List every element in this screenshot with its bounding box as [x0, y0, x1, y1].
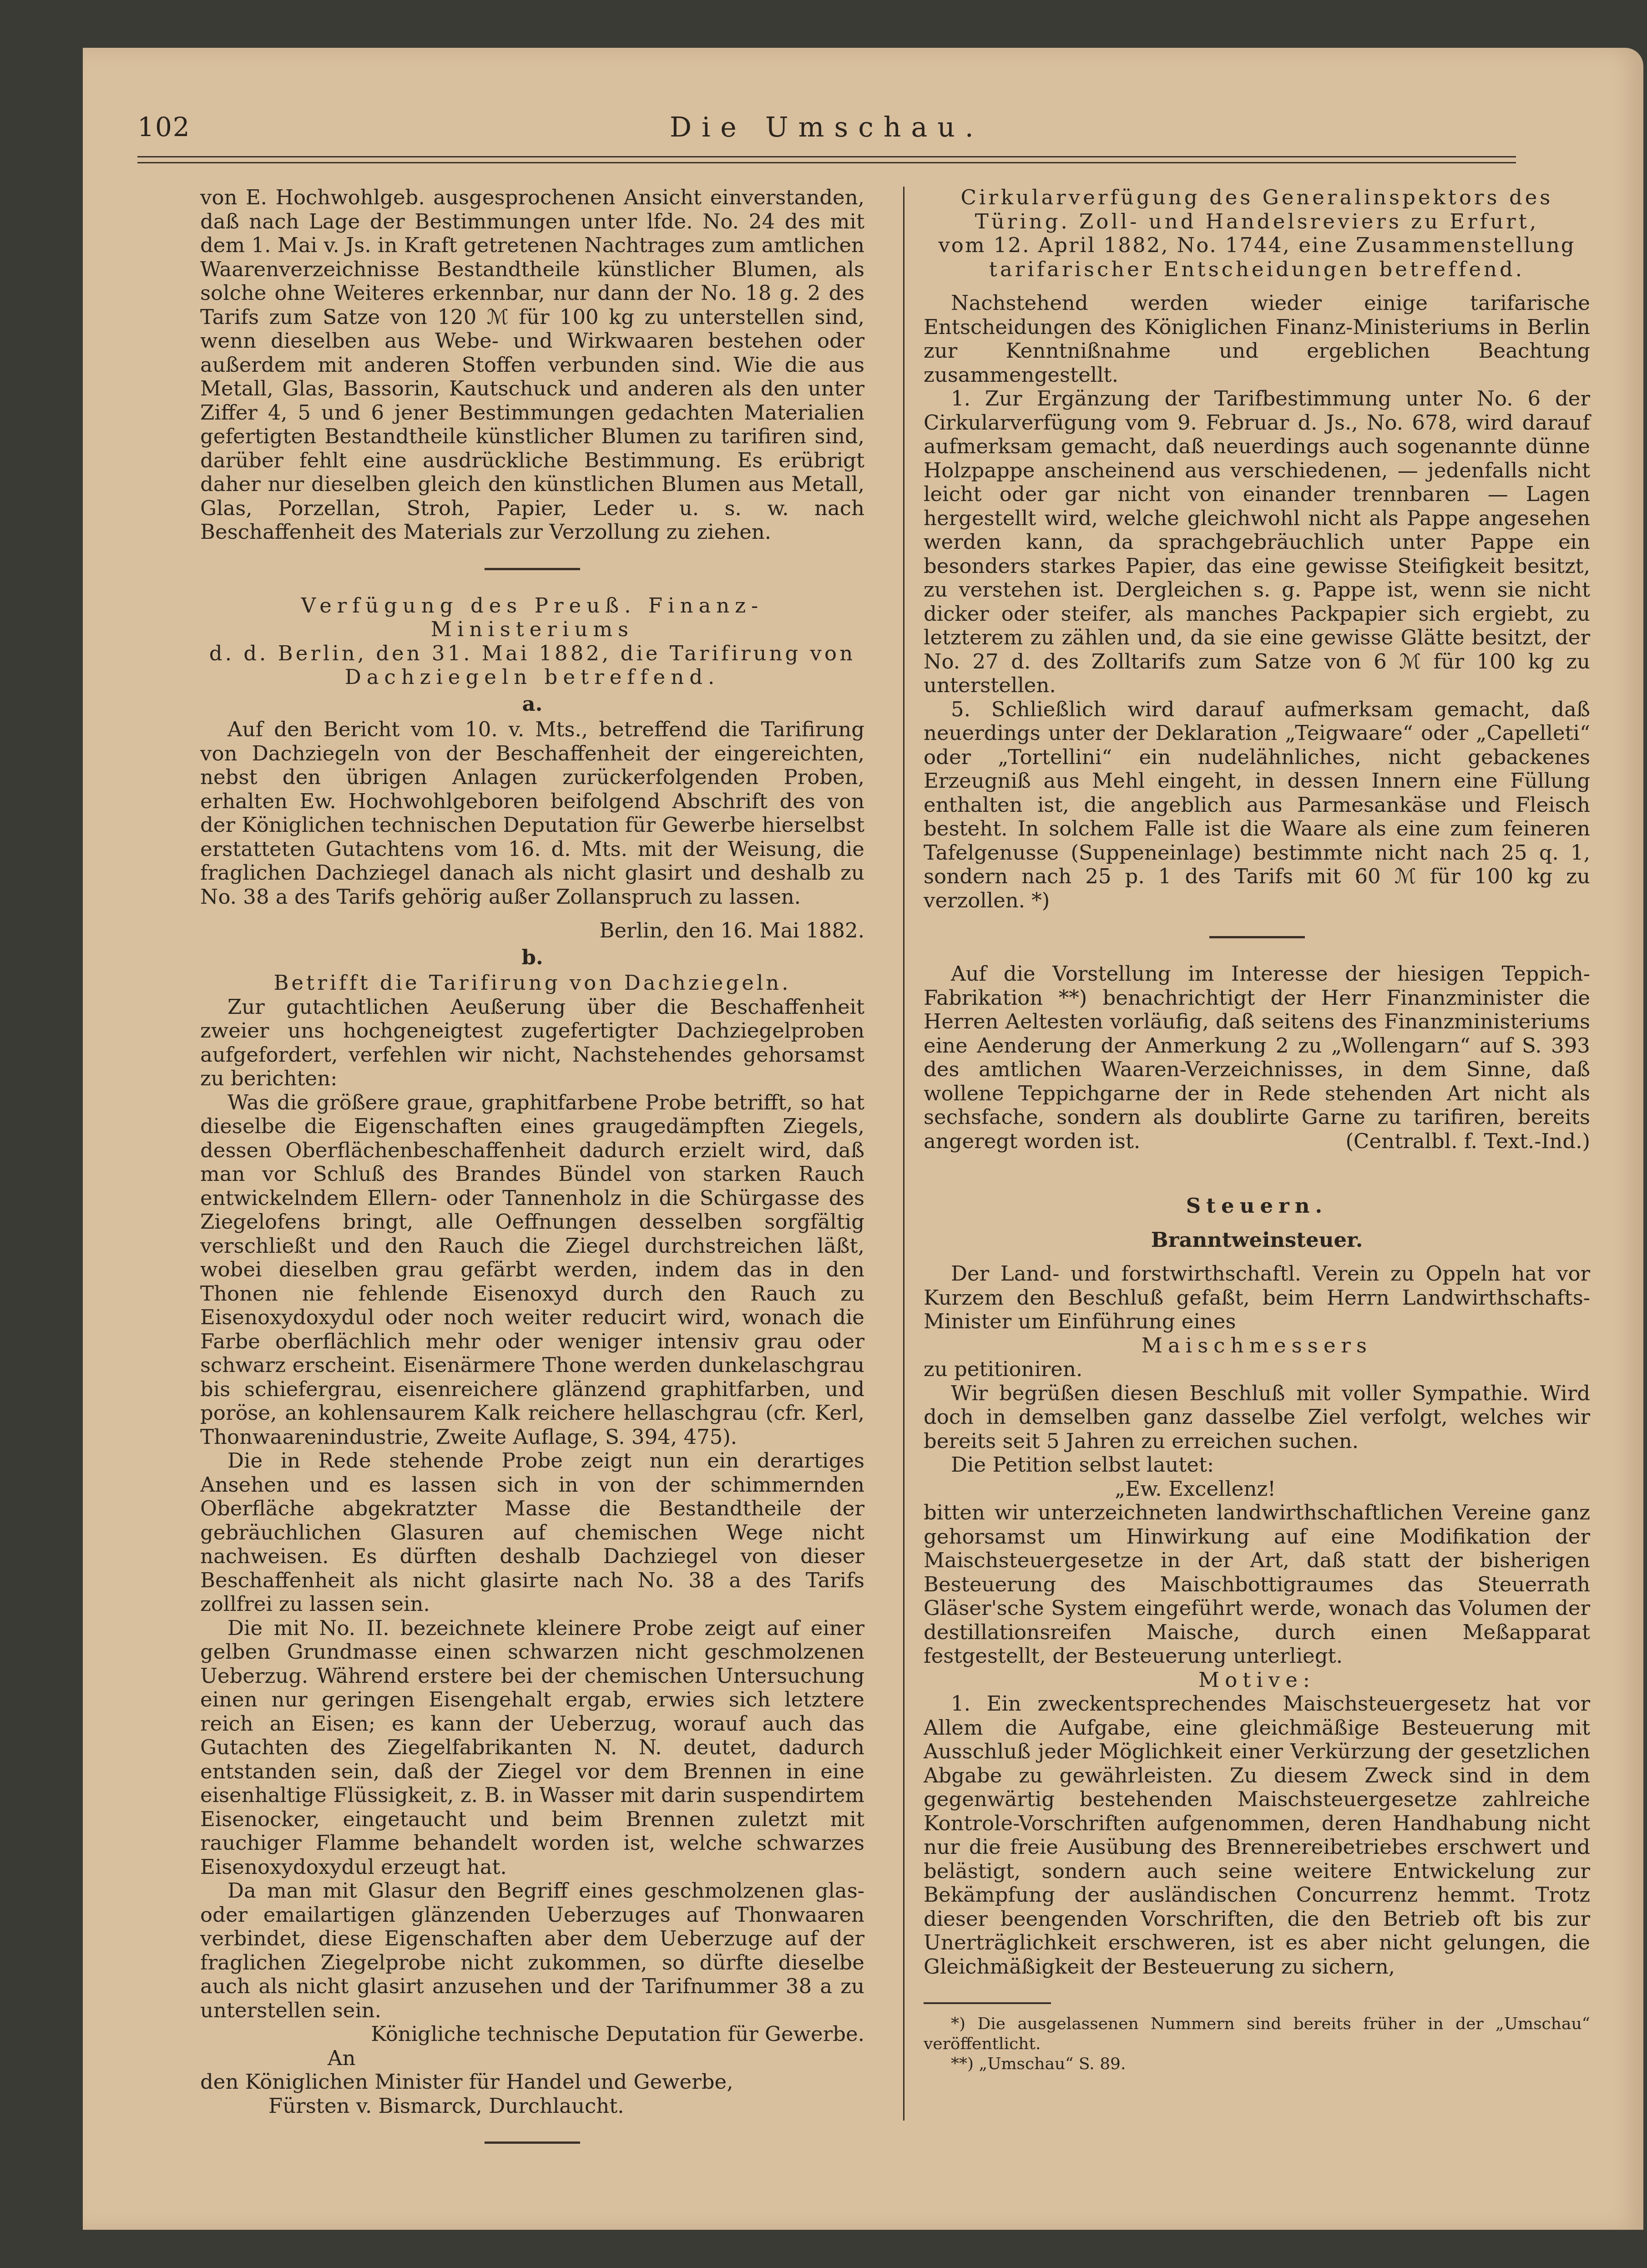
taxes-heading: Steuern. — [924, 1194, 1590, 1218]
carpet-source: (Centralbl. f. Text.-Ind.) — [1319, 1129, 1590, 1154]
part-b-paragraph: Zur gutachtlichen Aeußerung über die Bes… — [200, 995, 864, 1091]
section-heading-line: Verfügung des Preuß. Finanz-Ministeriums — [200, 594, 864, 642]
part-b-paragraph: Da man mit Glasur den Begriff eines gesc… — [200, 1879, 864, 2022]
paragraph: 5. Schließlich wird darauf aufmerksam ge… — [924, 698, 1590, 913]
header-rule — [137, 162, 1516, 163]
part-b-paragraph: Was die größere graue, graphitfarbene Pr… — [200, 1091, 864, 1449]
part-b-label: b. — [200, 946, 864, 970]
salutation: „Ew. Excellenz! — [924, 1477, 1590, 1501]
section-divider — [485, 2141, 580, 2144]
column-divider — [903, 187, 904, 2121]
part-a-text: Auf den Bericht vom 10. v. Mts., betreff… — [200, 718, 864, 909]
intro-paragraph: von E. Hochwohlgeb. ausgesprochenen Ansi… — [200, 186, 864, 544]
section-heading-line: Türing. Zoll- und Handelsreviers zu Erfu… — [924, 210, 1590, 234]
petition-intro: Die Petition selbst lautet: — [924, 1453, 1590, 1477]
carpet-text: Auf die Vorstellung im Interesse der hie… — [924, 962, 1590, 1153]
part-b-paragraph: Die mit No. II. bezeichnete kleinere Pro… — [200, 1616, 864, 1879]
part-b-paragraph: Die in Rede stehende Probe zeigt nun ein… — [200, 1449, 864, 1616]
signature: Königliche technische Deputation für Gew… — [200, 2022, 864, 2046]
running-title: Die Umschau. — [137, 111, 1516, 143]
footnote: **) „Umschau“ S. 89. — [924, 2054, 1590, 2074]
section-heading-line: Dachziegeln betreffend. — [200, 665, 864, 689]
part-a-label: a. — [200, 692, 864, 716]
oppeln-paragraph: Der Land- und forstwirthschaftl. Verein … — [924, 1262, 1590, 1334]
addressee-an: An — [200, 2046, 864, 2071]
addressee-line: Fürsten v. Bismarck, Durchlaucht. — [200, 2094, 864, 2118]
welcome-paragraph: Wir begrüßen diesen Beschluß mit voller … — [924, 1382, 1590, 1453]
section-heading-line: vom 12. April 1882, No. 1744, eine Zusam… — [924, 233, 1590, 258]
subheading: Branntweinsteuer. — [924, 1228, 1590, 1252]
paragraph: Nachstehend werden wieder einige tarifar… — [924, 291, 1590, 387]
page-header: 102 Die Umschau. — [137, 111, 1516, 148]
section-heading-line: Cirkularverfügung des Generalinspektors … — [924, 186, 1590, 210]
paragraph: 1. Zur Ergänzung der Tarifbestimmung unt… — [924, 387, 1590, 698]
right-column: Cirkularverfügung des Generalinspektors … — [924, 186, 1590, 2074]
motive-paragraph: 1. Ein zweckentsprechendes Maischsteuerg… — [924, 1692, 1590, 1979]
left-column: von E. Hochwohlgeb. ausgesprochenen Ansi… — [200, 186, 864, 2144]
part-a-date: Berlin, den 16. Mai 1882. — [200, 919, 864, 943]
section-heading-line: tarifarischer Entscheidungen betreffend. — [924, 258, 1590, 282]
petition-text: bitten wir unterzeichneten landwirthscha… — [924, 1501, 1590, 1668]
petition-line: zu petitioniren. — [924, 1357, 1590, 1382]
section-heading-line: d. d. Berlin, den 31. Mai 1882, die Tari… — [200, 642, 864, 666]
maischmesser: Maischmessers — [924, 1334, 1590, 1358]
motive-heading: Motive: — [924, 1668, 1590, 1692]
header-rule — [137, 156, 1516, 157]
carpet-paragraph: Auf die Vorstellung im Interesse der hie… — [924, 962, 1590, 1153]
part-b-heading: Betrifft die Tarifirung von Dachziegeln. — [200, 971, 864, 995]
footnote: *) Die ausgelassenen Nummern sind bereit… — [924, 2014, 1590, 2054]
addressee-line: den Königlichen Minister für Handel und … — [200, 2070, 864, 2094]
